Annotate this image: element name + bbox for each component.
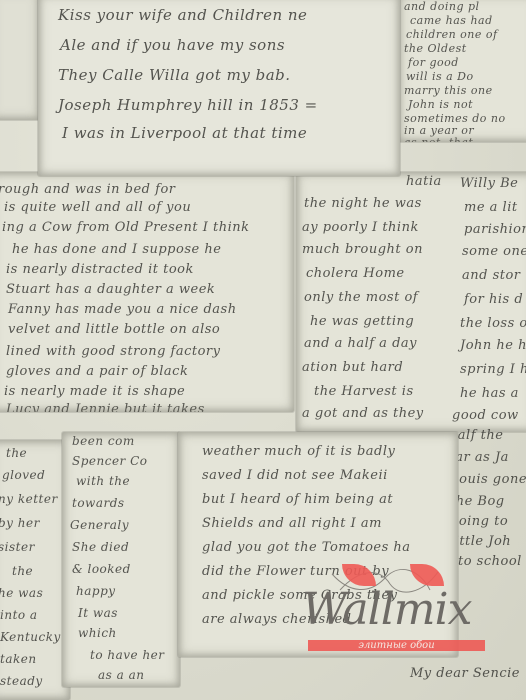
handwriting-line: saved I did not see Makeii xyxy=(202,468,388,483)
handwriting-line: a got and as they xyxy=(302,406,424,421)
handwriting-line: Willy Be xyxy=(460,176,518,191)
handwriting-line: to school xyxy=(458,554,522,569)
handwriting-line: They Calle Willa got my bab. xyxy=(58,66,291,84)
handwriting-line: the Bog xyxy=(450,494,505,509)
handwriting-line: hatia xyxy=(406,174,442,189)
handwriting-line: some one xyxy=(462,244,526,259)
handwriting-line: I was in Liverpool at that time xyxy=(62,124,307,142)
handwriting-line: to have her xyxy=(90,648,165,662)
handwriting-line: parishior xyxy=(464,222,526,237)
handwriting-line: the xyxy=(6,446,27,460)
handwriting-line: Joseph Humphrey hill in 1853 = xyxy=(58,96,318,114)
handwriting-line: is quite well and all of you xyxy=(4,200,191,215)
handwriting-line: gloved xyxy=(2,468,45,482)
handwriting-line: ay poorly I think xyxy=(302,220,419,235)
wallmix-logo: Wallmix элитные обои xyxy=(300,570,500,660)
handwriting-line: good cow xyxy=(452,408,519,423)
handwriting-line: Stuart has a daughter a week xyxy=(6,282,215,297)
handwriting-line: he was xyxy=(0,586,43,600)
handwriting-line: spring I h xyxy=(460,362,526,377)
paper-top-left-edge xyxy=(0,0,40,120)
handwriting-line: far as Ja xyxy=(450,450,509,465)
handwriting-line: It was xyxy=(78,606,118,620)
handwriting-line: Spencer Co xyxy=(72,454,148,468)
handwriting-line: My dear Sencie xyxy=(410,666,520,681)
handwriting-line: little Joh xyxy=(450,534,511,549)
handwriting-line: the night he was xyxy=(304,196,422,211)
handwriting-line: as a an xyxy=(98,668,144,682)
handwriting-line: marry this one xyxy=(404,84,493,97)
handwriting-line: John he ha xyxy=(460,338,526,353)
handwriting-line: is nearly made it is shape xyxy=(4,384,185,399)
handwriting-line: me a lit xyxy=(464,200,518,215)
paper-far-left: the gloved ny ketter by her sister the h… xyxy=(0,440,70,700)
handwriting-line: much brought on xyxy=(302,242,423,257)
handwriting-line: by her xyxy=(0,516,40,530)
handwriting-line: the xyxy=(12,564,33,578)
handwriting-line: been com xyxy=(72,434,135,448)
handwriting-line: and doing pl xyxy=(404,0,480,13)
handwriting-line: into a xyxy=(0,608,38,622)
handwriting-line: Generaly xyxy=(70,518,129,532)
handwriting-line: he has a xyxy=(460,386,519,401)
handwriting-line: ation but hard xyxy=(302,360,403,375)
handwriting-line: children one of xyxy=(406,28,498,41)
handwriting-line: cholera Home xyxy=(306,266,405,281)
paper-middle-left: rough and was in bed for is quite well a… xyxy=(0,172,294,412)
paper-bottom-left: been com Spencer Co with the towards Gen… xyxy=(62,432,180,687)
handwriting-line: the Oldest xyxy=(404,42,467,55)
handwriting-line: She died xyxy=(72,540,129,554)
handwriting-line: Fanny has made you a nice dash xyxy=(8,302,237,317)
handwriting-line: sister xyxy=(0,540,35,554)
handwriting-line: ing a Cow from Old Present I think xyxy=(2,220,250,235)
handwriting-line: taken xyxy=(0,652,37,666)
handwriting-line: towards xyxy=(72,496,125,510)
handwriting-line: but I heard of him being at xyxy=(202,492,393,507)
paper-top-right: and doing pl came has had children one o… xyxy=(398,0,526,142)
paper-top-center: Kiss your wife and Children ne Ale and i… xyxy=(38,0,400,176)
handwriting-line: and stor xyxy=(462,268,521,283)
handwriting-line: the loss of xyxy=(460,316,526,331)
handwriting-line: Louis gone xyxy=(450,472,526,487)
handwriting-line: going to xyxy=(450,514,508,529)
handwriting-line: Kiss your wife and Children ne xyxy=(58,6,307,24)
handwriting-line: glad you got the Tomatoes ha xyxy=(202,540,411,555)
handwriting-line: is nearly distracted it took xyxy=(6,262,194,277)
brand-tagline: элитные обои xyxy=(308,640,485,651)
handwriting-line: Lucy and Jennie but it takes xyxy=(6,402,205,412)
handwriting-line: ny ketter xyxy=(0,492,58,506)
handwriting-line: weather much of it is badly xyxy=(202,444,395,459)
brand-name: Wallmix xyxy=(302,584,471,635)
handwriting-line: as not, that xyxy=(404,136,473,142)
handwriting-line: rough and was in bed for xyxy=(0,182,175,197)
paper-far-right: Willy Be me a lit parishior some one and… xyxy=(448,172,526,572)
handwriting-line: Kentucky xyxy=(0,630,61,644)
handwriting-line: and a half a day xyxy=(304,336,417,351)
handwriting-line: for good xyxy=(408,56,459,69)
handwriting-line: Shields and all right I am xyxy=(202,516,382,531)
handwriting-line: the Harvest is xyxy=(314,384,414,399)
handwriting-line: lined with good strong factory xyxy=(6,344,221,359)
handwriting-line: Ale and if you have my sons xyxy=(60,36,285,54)
handwriting-line: which xyxy=(78,626,117,640)
paper-bottom-right: My dear Sencie xyxy=(400,660,526,700)
handwriting-line: velvet and little bottle on also xyxy=(8,322,220,337)
handwriting-line: calf the xyxy=(450,428,503,443)
handwriting-line: & looked xyxy=(72,562,131,576)
handwriting-line: he has done and I suppose he xyxy=(12,242,221,257)
handwriting-line: gloves and a pair of black xyxy=(6,364,188,379)
handwriting-line: with the xyxy=(76,474,130,488)
handwriting-line: John is not xyxy=(408,98,473,111)
handwriting-line: only the most of xyxy=(304,290,418,305)
handwriting-line: will is a Do xyxy=(406,70,474,83)
handwriting-line: steady xyxy=(0,674,43,688)
handwriting-line: happy xyxy=(76,584,116,598)
handwriting-line: came has had xyxy=(410,14,493,27)
handwriting-line: he was getting xyxy=(310,314,414,329)
handwriting-line: for his d xyxy=(464,292,523,307)
